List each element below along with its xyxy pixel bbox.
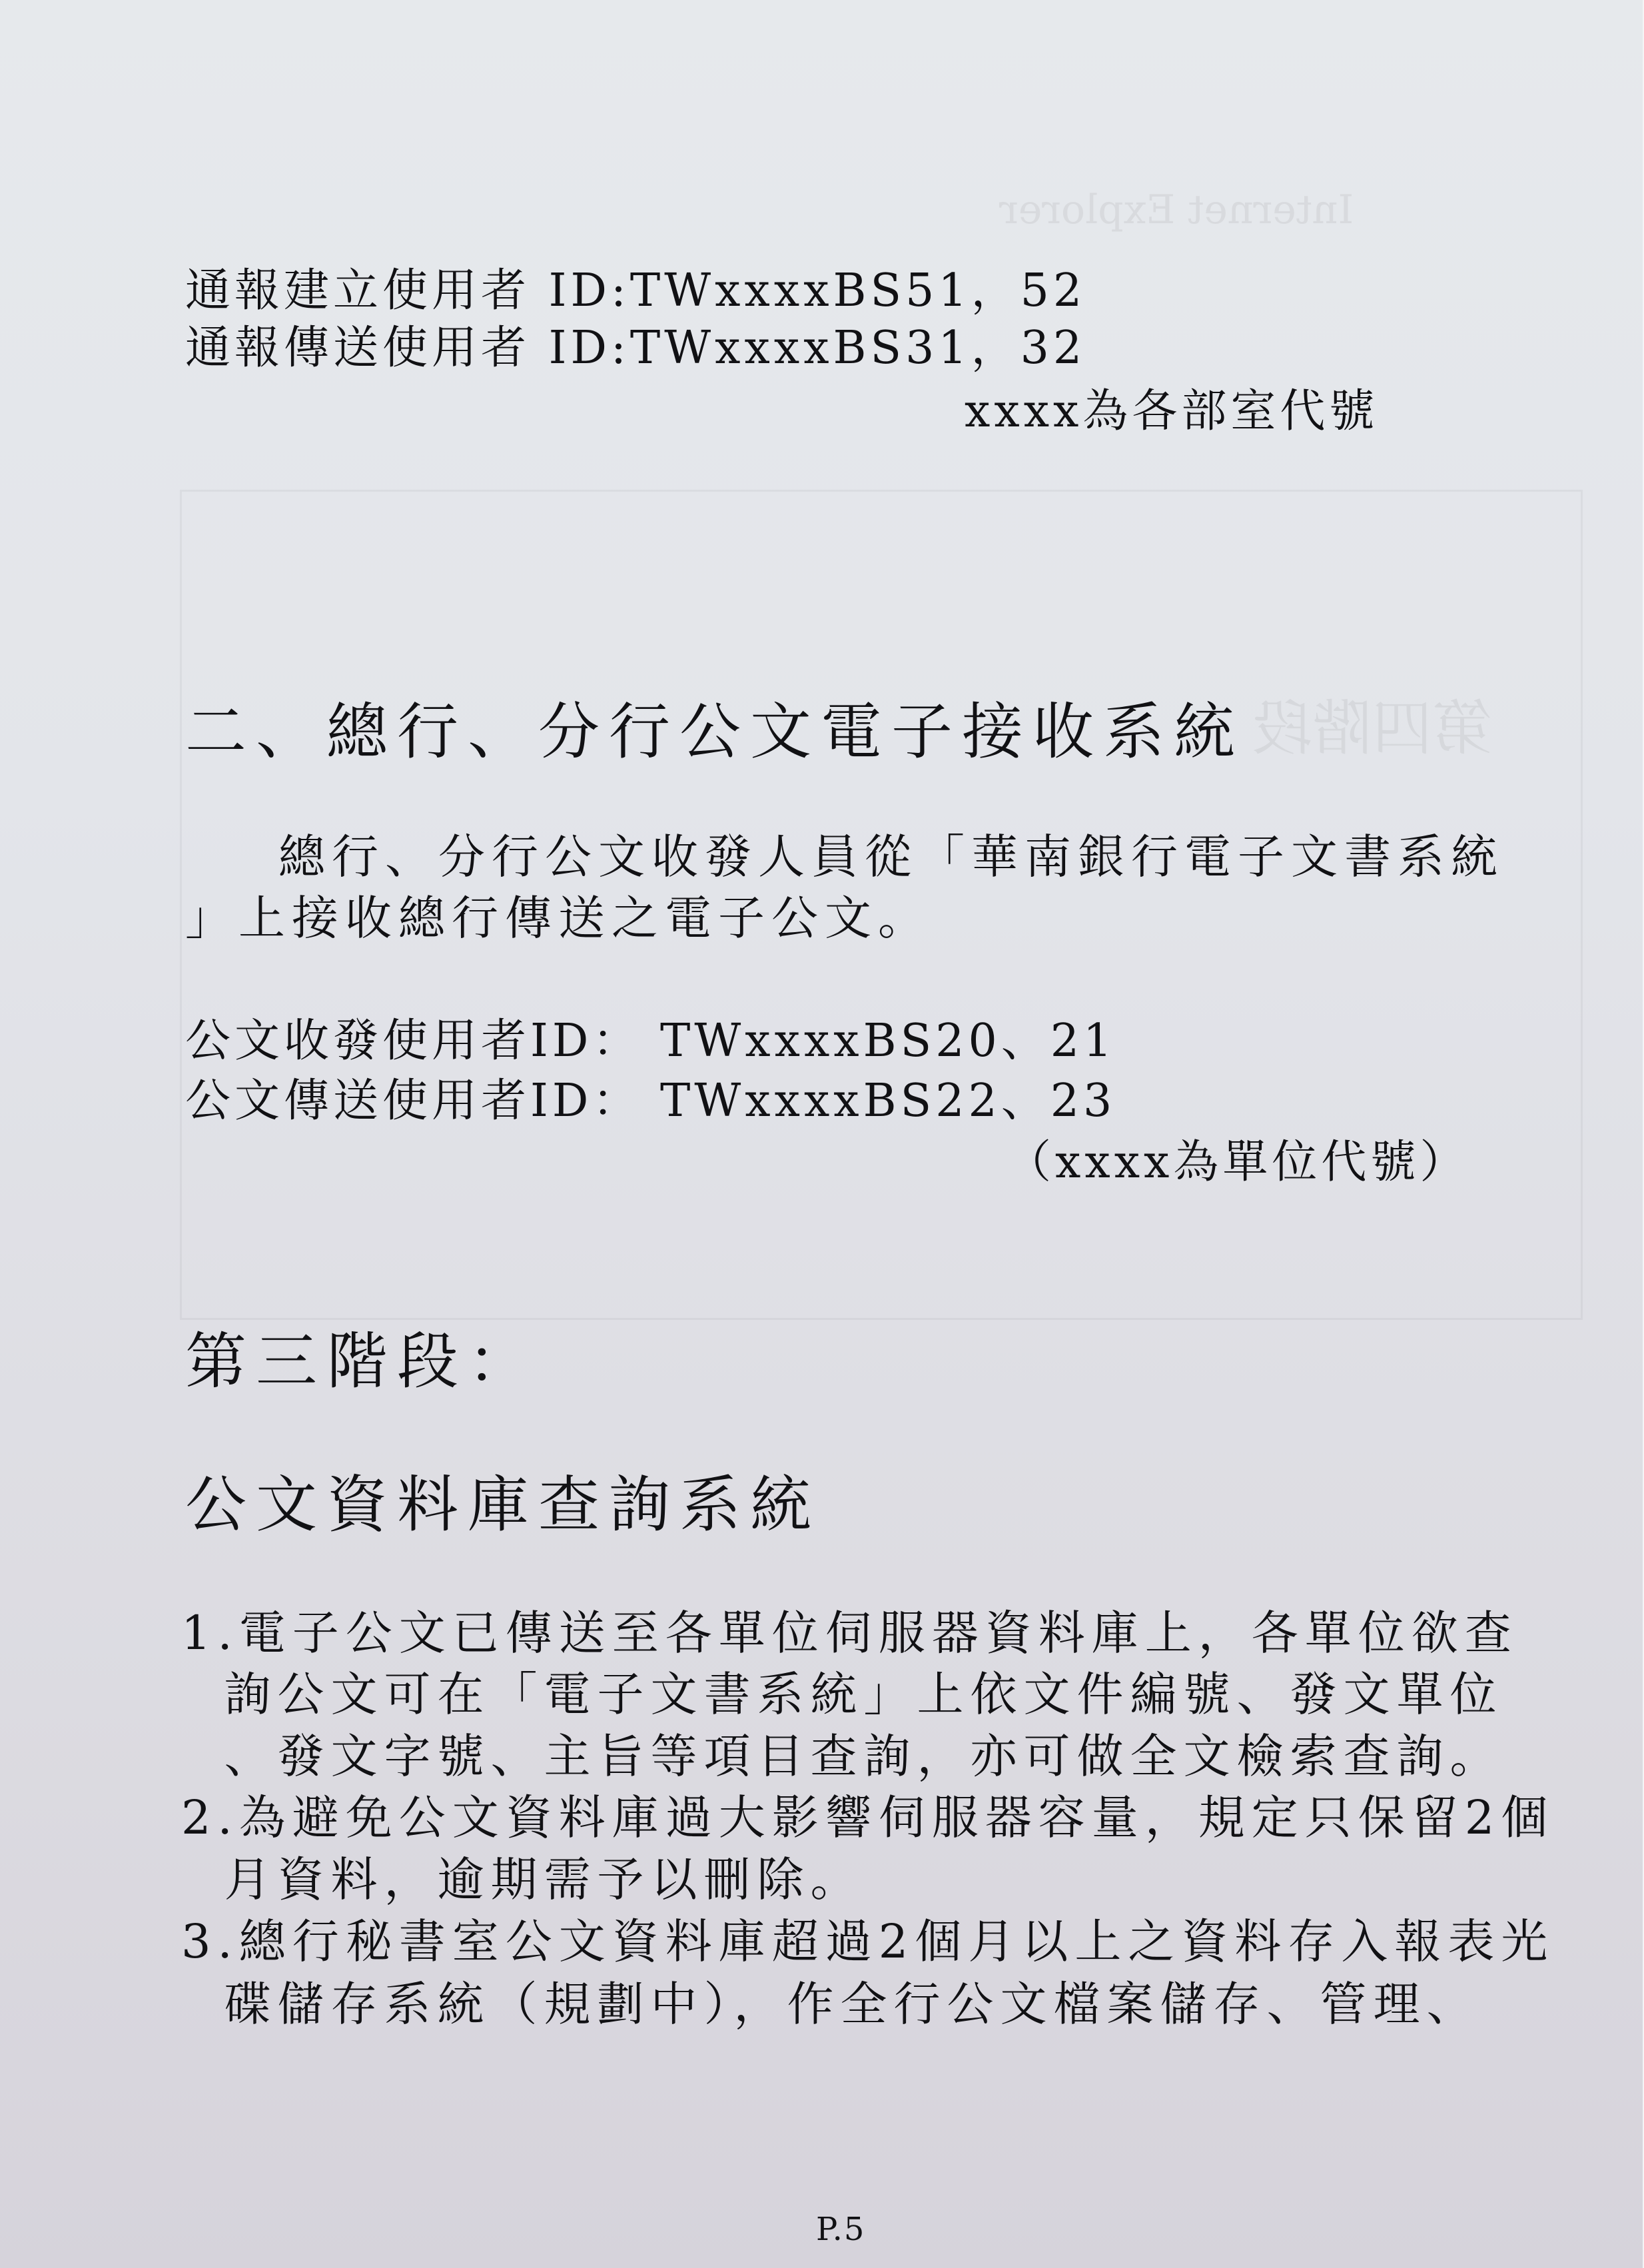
bleed-through-text: Internet Explorer xyxy=(999,187,1354,233)
page-number: P.5 xyxy=(816,2211,865,2248)
section-two-paragraph-line-1: 總行、分行公文收發人員從「華南銀行電子文書系統 xyxy=(278,820,1504,887)
user-id-line-send: 通報傳送使用者 ID:TWxxxxBS31，32 xyxy=(185,312,1086,376)
list-item-1-line-2: 詢公文可在「電子文書系統」上依文件編號、發文單位 xyxy=(181,1657,1503,1724)
list-item-3-line-2: 碟儲存系統（規劃中），作全行公文檔案儲存、管理、 xyxy=(181,1967,1480,2034)
stage-three-title: 第三階段： xyxy=(185,1313,538,1401)
list-item-3-line-1: 3.總行秘書室公文資料庫超過2個月以上之資料存入報表光 xyxy=(181,1904,1554,1972)
section-two-paragraph-line-2: 」上接收總行傳送之電子公文。 xyxy=(185,881,931,948)
receive-user-id-line: 公文收發使用者ID： TWxxxxBS20、21 xyxy=(185,1005,1116,1069)
list-item-2-line-2: 月資料，逾期需予以刪除。 xyxy=(181,1842,864,1910)
section-two-heading: 二、總行、分行公文電子接收系統 xyxy=(185,683,1244,771)
dept-code-note: xxxx為各部室代號 xyxy=(965,375,1378,440)
scanned-document-page: Internet Explorer 第四階段 通報建立使用者 ID:TWxxxx… xyxy=(0,0,1644,2268)
list-item-2-line-1: 2.為避免公文資料庫過大影響伺服器容量，規定只保留2個 xyxy=(181,1780,1554,1848)
unit-code-note: （xxxx為單位代號） xyxy=(1006,1126,1469,1191)
user-id-line-create: 通報建立使用者 ID:TWxxxxBS51，52 xyxy=(185,255,1086,319)
list-item-1-line-1: 1.電子公文已傳送至各單位伺服器資料庫上，各單位欲查 xyxy=(181,1596,1518,1663)
send-user-id-line: 公文傳送使用者ID： TWxxxxBS22、23 xyxy=(185,1065,1116,1129)
query-system-title: 公文資料庫查詢系統 xyxy=(185,1456,821,1544)
bleed-through-text: 第四階段 xyxy=(1252,680,1492,766)
list-item-1-line-3: 、發文字號、主旨等項目查詢，亦可做全文檢索查詢。 xyxy=(181,1719,1503,1786)
